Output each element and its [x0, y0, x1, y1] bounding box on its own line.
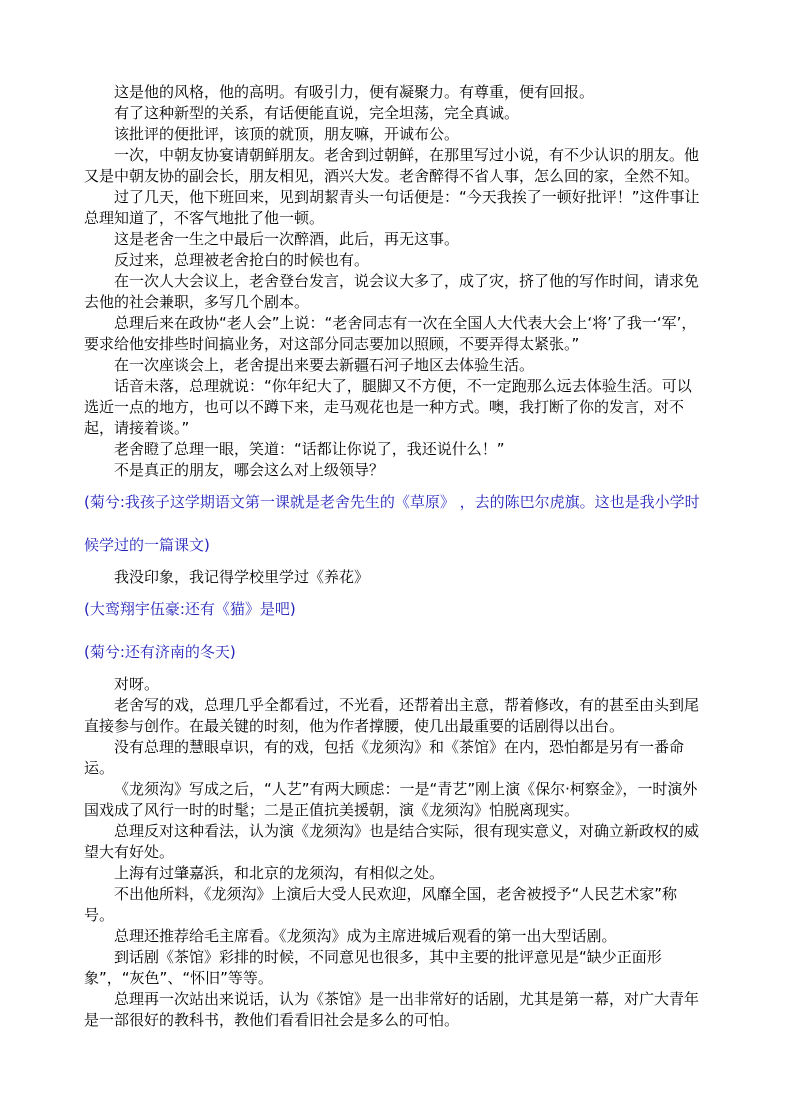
- body-paragraph: 总理还推荐给毛主席看。《龙须沟》成为主席进城后观看的第一出大型话剧。: [84, 926, 702, 947]
- body-paragraph: 对呀。: [84, 674, 702, 695]
- body-paragraph: 上海有过肇嘉浜，和北京的龙须沟，有相似之处。: [84, 863, 702, 884]
- body-paragraph: 我没印象，我记得学校里学过《养花》: [84, 567, 702, 588]
- body-paragraph: 到话剧《茶馆》彩排的时候，不同意见也很多，其中主要的批评意见是“缺少正面形象”，…: [84, 947, 702, 989]
- body-paragraph: 该批评的便批评，该顶的就顶，朋友嘛，开诚布公。: [84, 124, 702, 145]
- body-paragraph: 没有总理的慧眼卓识，有的戏，包括《龙须沟》和《茶馆》在内，恐怕都是另有一番命运。: [84, 737, 702, 779]
- chat-comment-paragraph: (大鸾翔宇伍豪:还有《猫》是吧): [84, 588, 702, 631]
- body-paragraph: 不出他所料，《龙须沟》上演后大受人民欢迎，风靡全国，老舍被授予“人民艺术家”称号…: [84, 884, 702, 926]
- document-content: 这是他的风格，他的高明。有吸引力，便有凝聚力。有尊重，便有回报。有了这种新型的关…: [84, 82, 702, 1031]
- chat-comment-paragraph: (菊兮:我孩子这学期语文第一课就是老舍先生的《草原》 ，去的陈巴尔虎旗。这也是我…: [84, 481, 702, 567]
- body-paragraph: 一次，中朝友协宴请朝鲜朋友。老舍到过朝鲜，在那里写过小说，有不少认识的朋友。他又…: [84, 145, 702, 187]
- body-paragraph: 这是老舍一生之中最后一次醉酒，此后，再无这事。: [84, 229, 702, 250]
- body-paragraph: 老舍瞪了总理一眼，笑道：“话都让你说了，我还说什么！”: [84, 439, 702, 460]
- document-page: 这是他的风格，他的高明。有吸引力，便有凝聚力。有尊重，便有回报。有了这种新型的关…: [0, 0, 800, 1100]
- body-paragraph: 总理反对这种看法，认为演《龙须沟》也是结合实际，很有现实意义，对确立新政权的威望…: [84, 821, 702, 863]
- body-paragraph: 这是他的风格，他的高明。有吸引力，便有凝聚力。有尊重，便有回报。: [84, 82, 702, 103]
- body-paragraph: 有了这种新型的关系，有话便能直说，完全坦荡，完全真诚。: [84, 103, 702, 124]
- body-paragraph: 反过来，总理被老舍抢白的时候也有。: [84, 250, 702, 271]
- body-paragraph: 不是真正的朋友，哪会这么对上级领导？: [84, 460, 702, 481]
- body-paragraph: 话音未落，总理就说：“你年纪大了，腿脚又不方便，不一定跑那么远去体验生活。可以选…: [84, 376, 702, 439]
- chat-comment-paragraph: (菊兮:还有济南的冬天): [84, 631, 702, 674]
- body-paragraph: 《龙须沟》写成之后，“人艺”有两大顾虑：一是“青艺”刚上演《保尔·柯察金》，一时…: [84, 779, 702, 821]
- body-paragraph: 在一次人大会议上，老舍登台发言，说会议大多了，成了灾，挤了他的写作时间，请求免去…: [84, 271, 702, 313]
- body-paragraph: 在一次座谈会上，老舍提出来要去新疆石河子地区去体验生活。: [84, 355, 702, 376]
- body-paragraph: 老舍写的戏，总理几乎全都看过，不光看，还帮着出主意，帮着修改，有的甚至由头到尾直…: [84, 695, 702, 737]
- body-paragraph: 总理后来在政协“老人会”上说：“老舍同志有一次在全国人大代表大会上‘将’了我一‘…: [84, 313, 702, 355]
- body-paragraph: 总理再一次站出来说话，认为《茶馆》是一出非常好的话剧，尤其是第一幕，对广大青年是…: [84, 989, 702, 1031]
- body-paragraph: 过了几天，他下班回来，见到胡絜青头一句话便是：“今天我挨了一顿好批评！”这件事让…: [84, 187, 702, 229]
